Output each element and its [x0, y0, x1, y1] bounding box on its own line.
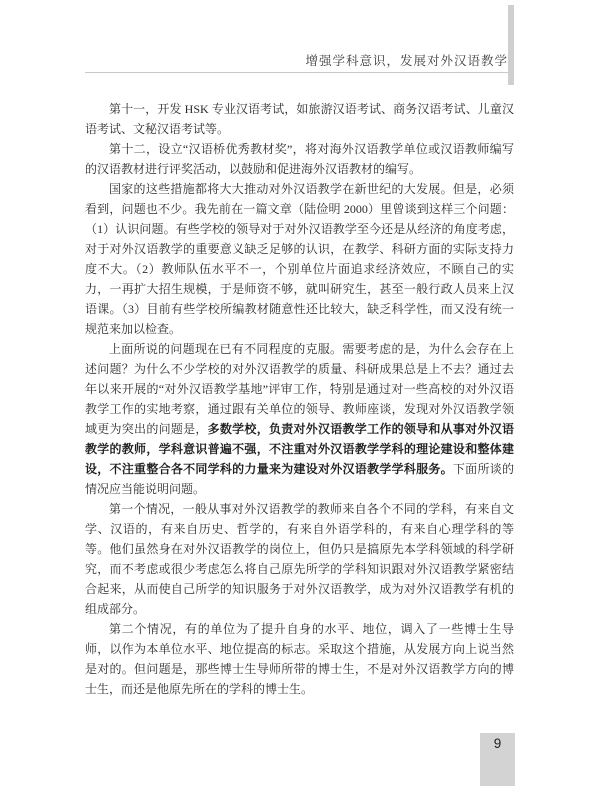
body-text: 第十一，开发 HSK 专业汉语考试，如旅游汉语考试、商务汉语考试、儿童汉语考试、… — [85, 99, 514, 699]
paragraph-segment: 第一个情况，一般从事对外汉语教学的教师来自各个不同的学科，有来自文学、汉语的，有… — [85, 502, 514, 616]
document-page: 增强学科意识，发展对外汉语教学 第十一，开发 HSK 专业汉语考试，如旅游汉语考… — [0, 0, 600, 800]
paragraph: 第十一，开发 HSK 专业汉语考试，如旅游汉语考试、商务汉语考试、儿童汉语考试、… — [85, 99, 514, 139]
header-rule — [85, 72, 514, 73]
paragraph-segment: 第十二，设立“汉语桥优秀教材奖”，将对海外汉语教学单位或汉语教师编写的汉语教材进… — [85, 142, 514, 176]
running-header-title: 增强学科意识，发展对外汉语教学 — [85, 51, 508, 69]
paragraph: 第十二，设立“汉语桥优秀教材奖”，将对海外汉语教学单位或汉语教师编写的汉语教材进… — [85, 139, 514, 179]
page-edge-bar — [508, 5, 514, 85]
paragraph: 上面所说的问题现在已有不同程度的克服。需要考虑的是，为什么会存在上述问题？为什么… — [85, 339, 514, 499]
page-number: 9 — [494, 736, 502, 751]
paragraph: 国家的这些措施都将大大推动对外汉语教学在新世纪的大发展。但是，必须看到，问题也不… — [85, 179, 514, 339]
paragraph-segment: 第二个情况，有的单位为了提升自身的水平、地位，调入了一些博士生导师，以作为本单位… — [85, 622, 514, 696]
paragraph-segment: 第十一，开发 HSK 专业汉语考试，如旅游汉语考试、商务汉语考试、儿童汉语考试、… — [85, 102, 514, 136]
paragraph: 第二个情况，有的单位为了提升自身的水平、地位，调入了一些博士生导师，以作为本单位… — [85, 619, 514, 699]
paragraph-segment: 国家的这些措施都将大大推动对外汉语教学在新世纪的大发展。但是，必须看到，问题也不… — [85, 182, 514, 336]
paragraph: 第一个情况，一般从事对外汉语教学的教师来自各个不同的学科，有来自文学、汉语的，有… — [85, 499, 514, 619]
page-number-tab: 9 — [480, 733, 515, 786]
